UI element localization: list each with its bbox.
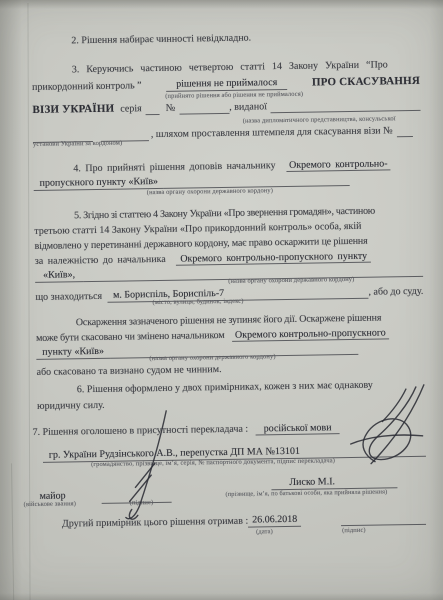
blank-name-lead <box>271 478 281 490</box>
location-prefix: що знаходиться <box>35 290 102 304</box>
clause-4-text: 4. Про прийняті рішення доповів начальни… <box>73 160 275 174</box>
clause-6-line-2: юридичну силу. <box>37 399 105 413</box>
hint-military-rank: (військове звання) <box>24 500 76 509</box>
translator-signature-scribble <box>320 383 433 469</box>
label-issued-by: , виданої <box>229 100 267 114</box>
filled-review-authority-part-1: Окремого контрольно-пропускного <box>232 327 389 341</box>
receipt-gap <box>301 526 341 527</box>
clause-3-line-3: ВІЗИ УКРАЇНИ серія № , виданої <box>32 98 420 117</box>
hint-date: (дата) <box>256 528 273 536</box>
clause-2-immediate-effect: 2. Рішення набирає чинності невідкладно. <box>71 32 251 48</box>
filled-authority-part-1: Окремого контрольно- <box>286 158 391 172</box>
blank-visa-number <box>179 102 229 115</box>
paper-fold-line <box>27 3 30 600</box>
stamp-cancellation-text: , шляхом проставлення штемпеля для скасу… <box>151 124 393 141</box>
clause-3-line-1: 3. Керуючись частиною четвертою статті 1… <box>72 58 388 76</box>
hint-decision-maker-name: (прізвище, ім’я, по батькові особи, яка … <box>225 488 387 499</box>
location-suffix: , або до суду. <box>368 285 423 299</box>
paper-sheet: 2. Рішення набирає чинності невідкладно.… <box>0 0 443 600</box>
blank-receipt-signature <box>341 513 426 526</box>
blank-issuing-authority <box>270 99 421 113</box>
hint-border-authority-3: (назва органу охорони державного кордону… <box>149 353 275 363</box>
appeal-line-4: або скасовано та визнано судом не чинним… <box>36 363 221 379</box>
appeal-line-2-prefix: може бути скасовано чи змінено начальник… <box>36 330 225 344</box>
filled-appeal-authority-part-2: «Київ», <box>35 268 83 283</box>
filled-authority-part-2: пропускного пункту «Київ» <box>34 175 165 191</box>
officer-signature-scribble <box>114 409 186 528</box>
clause-3-title-bold-2: ВІЗИ УКРАЇНИ <box>32 103 114 117</box>
filled-decision-not-taken: рішення не приймалося <box>166 76 287 92</box>
scanned-decision-form: 2. Рішення набирає чинності невідкладно.… <box>0 0 443 600</box>
blank-seria <box>146 103 160 115</box>
blank-name-trail <box>343 476 398 489</box>
clause-3-line-2-prefix: прикордонний контроль ” <box>32 79 142 94</box>
label-no: № <box>166 102 176 115</box>
filled-decision-maker-name: Лиско М.І. <box>281 475 343 490</box>
clause-7-line-1: 7. Рішення оголошено в присутності перек… <box>32 421 339 439</box>
hint-border-authority: (назва органу охорони державного кордону… <box>147 187 273 197</box>
blank-address <box>230 287 368 301</box>
hint-consulate-line-2: установи України за кордоном) <box>33 140 122 149</box>
blank-stamp-number <box>397 125 413 137</box>
clause-5-line-4-prefix: за належністю до начальника <box>35 254 166 267</box>
filled-review-authority-part-2: пункту «Київ» <box>36 345 110 360</box>
filled-receipt-date: 26.06.2018 <box>248 513 301 528</box>
label-seria: серія <box>120 102 142 115</box>
paper-edge-line <box>11 463 14 600</box>
hint-address: (місто, вулиця, будинок, індекс) <box>152 298 243 307</box>
hint-signature-receipt: (підпис) <box>342 527 366 535</box>
clause-3-title-bold-1: ПРО СКАСУВАННЯ <box>312 75 420 90</box>
